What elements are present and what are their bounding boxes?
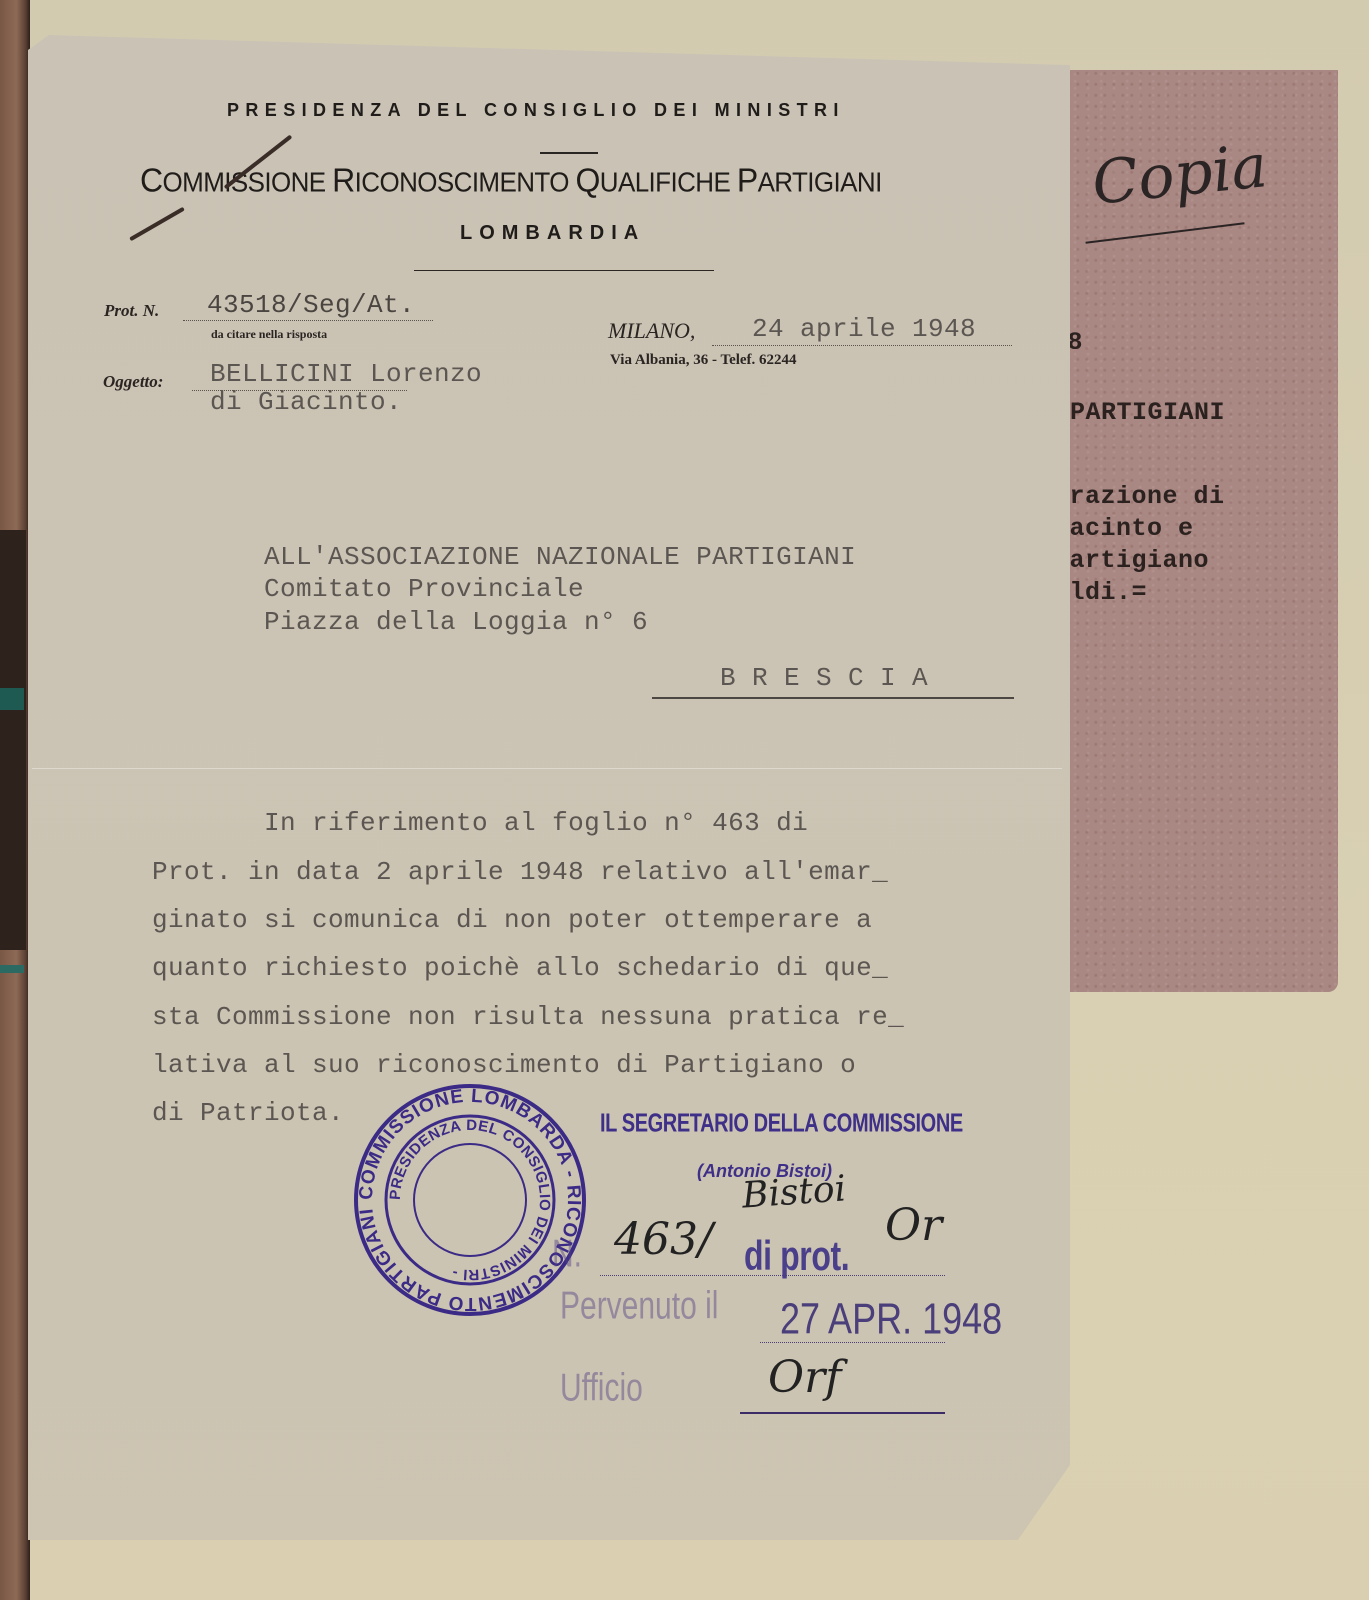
recipient-line-3: Piazza della Loggia n° 6 xyxy=(264,607,648,637)
date-dotted-line xyxy=(712,345,1012,346)
carbon-fragment: PARTIGIANI xyxy=(1070,398,1225,427)
binder-label-teal-2 xyxy=(0,965,24,973)
receipt-date-line xyxy=(760,1342,945,1343)
receipt-prot-handwritten: Or xyxy=(885,1200,942,1251)
carbon-fragment: arazione di xyxy=(1054,482,1225,511)
body-line: sta Commissione non risulta nessuna prat… xyxy=(152,1002,904,1032)
binder-spine-dark xyxy=(0,530,26,950)
letter-date: 24 aprile 1948 xyxy=(752,314,976,344)
official-seal-icon: COMMISSIONE LOMBARDA - RICONOSCIMENTO PA… xyxy=(352,1082,588,1318)
place-city: MILANO, xyxy=(608,318,695,344)
body-line: In riferimento al foglio n° 463 di xyxy=(152,808,808,838)
receipt-number-line xyxy=(600,1275,945,1276)
letterhead-rule xyxy=(414,270,714,271)
receipt-received-date: 27 APR. 1948 xyxy=(780,1294,1002,1344)
signature-title: IL SEGRETARIO DELLA COMMISSIONE xyxy=(600,1110,963,1140)
body-line: lativa al suo riconoscimento di Partigia… xyxy=(152,1050,856,1080)
receipt-number-prefix: N. xyxy=(552,1233,582,1277)
binder-label-teal xyxy=(0,688,24,710)
svg-text:PRESIDENZA DEL CONSIGLIO DEI M: PRESIDENZA DEL CONSIGLIO DEI MINISTRI - xyxy=(387,1117,553,1283)
handwritten-signature: Bistoi xyxy=(741,1168,848,1216)
body-line: Prot. in data 2 aprile 1948 relativo all… xyxy=(152,857,888,887)
receipt-office-initials: Orf xyxy=(768,1352,841,1403)
recipient-city-underline xyxy=(652,697,1014,699)
letterhead-region: LOMBARDIA xyxy=(460,222,645,245)
recipient-line-1: ALL'ASSOCIAZIONE NAZIONALE PARTIGIANI xyxy=(264,542,856,572)
body-line: quanto richiesto poichè allo schedario d… xyxy=(152,953,888,983)
protocol-dotted-line xyxy=(183,320,433,321)
subject-line-2: di Giacinto. xyxy=(210,387,402,417)
protocol-note: da citare nella risposta xyxy=(211,327,327,342)
paper-fold-line xyxy=(32,768,1062,769)
carbon-fragment: partigiano xyxy=(1054,546,1209,575)
receipt-office-label: Ufficio xyxy=(560,1367,643,1411)
receipt-prot-label: di prot. xyxy=(744,1232,849,1280)
protocol-number: 43518/Seg/At. xyxy=(207,290,415,320)
protocol-label: Prot. N. xyxy=(104,301,159,321)
body-line: ginato si comunica di non poter ottemper… xyxy=(152,905,872,935)
subject-label: Oggetto: xyxy=(103,372,163,392)
receipt-office-line xyxy=(740,1412,945,1414)
carbon-fragment: iacinto e xyxy=(1054,514,1194,543)
letterhead-authority: PRESIDENZA DEL CONSIGLIO DEI MINISTRI xyxy=(227,100,845,121)
receipt-received-label: Pervenuto il xyxy=(560,1285,718,1329)
letterhead-divider xyxy=(540,152,598,154)
body-line: di Patriota. xyxy=(152,1098,344,1128)
seal-inner-text: PRESIDENZA DEL CONSIGLIO DEI MINISTRI - xyxy=(387,1117,553,1283)
recipient-line-2: Comitato Provinciale xyxy=(264,574,584,604)
subject-line-1: BELLICINI Lorenzo xyxy=(210,359,482,389)
receipt-number-handwritten: 463/ xyxy=(614,1214,713,1265)
recipient-city: B R E S C I A xyxy=(720,663,928,693)
sender-address: Via Albania, 36 - Telef. 62244 xyxy=(610,352,797,369)
